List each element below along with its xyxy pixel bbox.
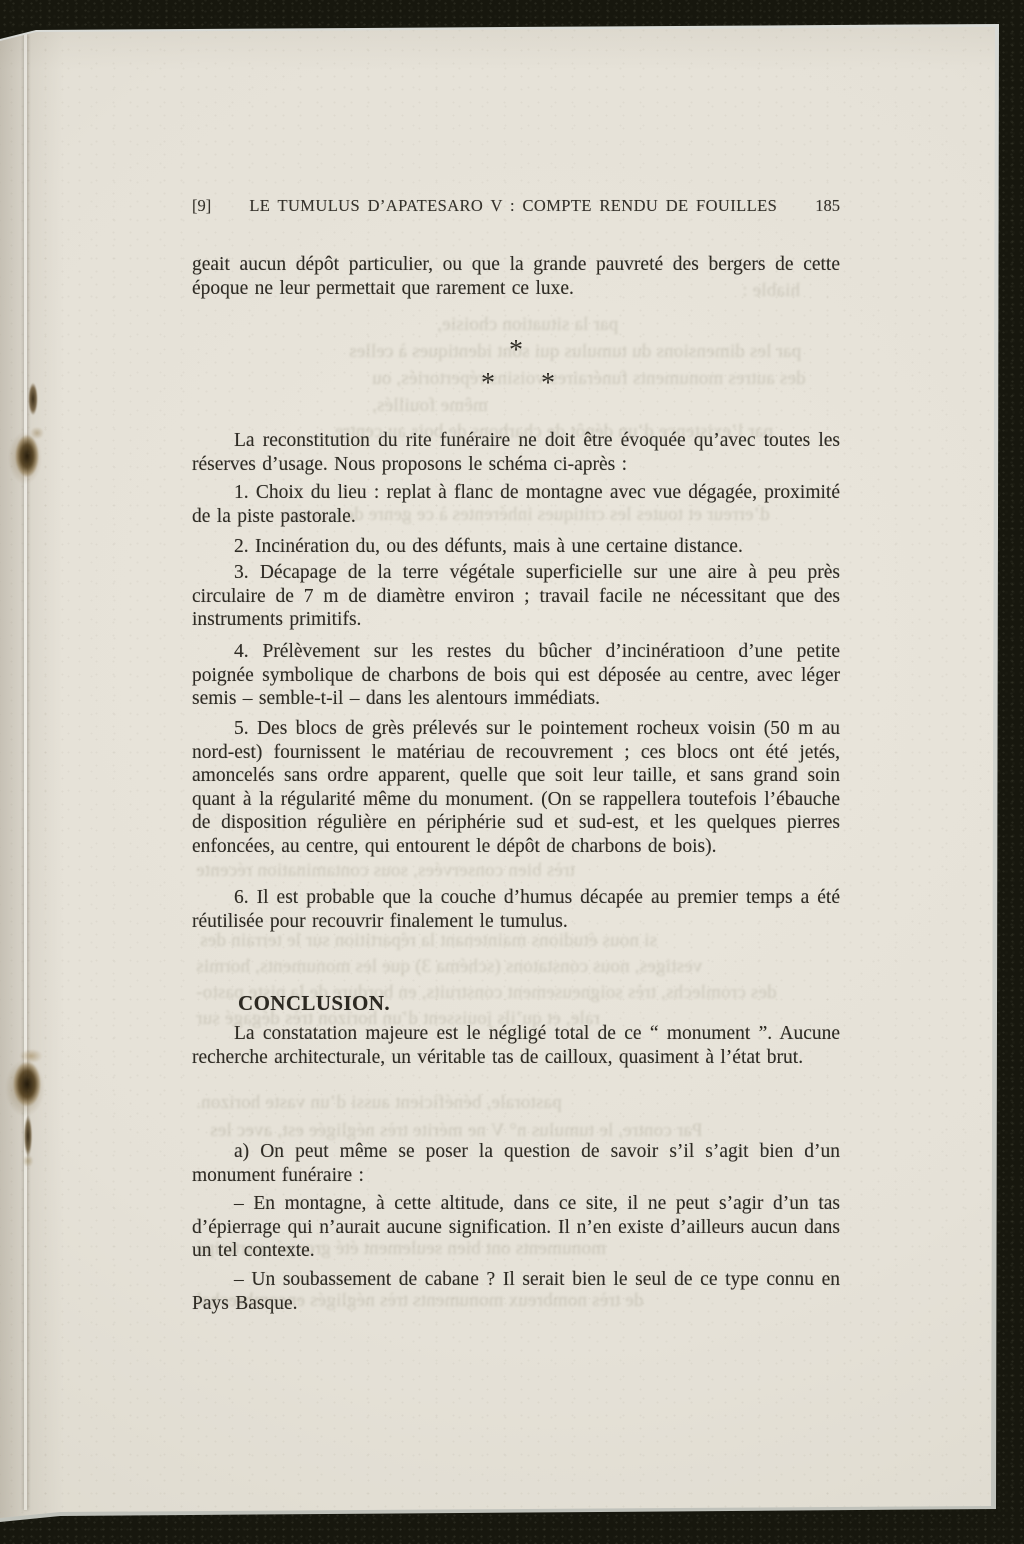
alternative-item-1: – En montagne, à cette altitude, dans ce… (192, 1192, 840, 1263)
list-item-1: 1. Choix du lieu : replat à flanc de mon… (192, 481, 840, 528)
bleedthrough-line: si nous étudions maintenant la répartiti… (200, 930, 657, 952)
lead-paragraph: La reconstitution du rite funéraire ne d… (192, 429, 840, 476)
question-paragraph: a) On peut même se poser la question de … (192, 1140, 840, 1187)
header-page-number: 185 (815, 196, 840, 216)
alternative-item-2: – Un soubassement de cabane ? Il serait … (192, 1268, 840, 1315)
conclusion-heading: CONCLUSION. (238, 991, 390, 1016)
bleedthrough-line: Par contre, le tumulus n° V ne mérite tr… (210, 1120, 703, 1142)
list-item-4: 4. Prélèvement sur les restes du bûcher … (192, 640, 840, 711)
bleedthrough-line: des autres monuments funéraires voisins … (372, 368, 806, 390)
list-item-2: 2. Incinération du, ou des défunts, mais… (192, 535, 840, 559)
bleedthrough-line: par les dimensions du tumulus qui sont i… (349, 341, 801, 363)
bleedthrough-line: même fouillés, (372, 395, 488, 417)
bleedthrough-line: très bien conservées, sous contamination… (196, 860, 575, 882)
header-section-ref: [9] (192, 196, 211, 216)
list-item-3: 3. Décapage de la terre végétale superfi… (192, 561, 840, 632)
bleedthrough-line: par la situation choisie, (437, 314, 618, 336)
binding-stain-lower (2, 1040, 52, 1176)
conclusion-paragraph: La constatation majeure est le négligé t… (192, 1022, 840, 1069)
bleedthrough-line: vestiges, nous constatons (schéma 3) que… (196, 956, 702, 978)
header-title: LE TUMULUS D’APATESARO V : COMPTE RENDU … (211, 196, 815, 216)
book-page-scan: hiable : par la situation choisie, par l… (0, 0, 1024, 1544)
page-header: [9] LE TUMULUS D’APATESARO V : COMPTE RE… (192, 196, 840, 216)
binding-stain-upper (6, 376, 52, 496)
asterisk-separator-pair: * * (481, 374, 555, 394)
intro-paragraph: geait aucun dépôt particulier, ou que la… (192, 253, 840, 300)
bleedthrough-line: pastorale, bénéficient aussi d’un vaste … (196, 1092, 562, 1114)
list-item-5: 5. Des blocs de grès prélevés sur le poi… (192, 717, 840, 858)
list-item-6: 6. Il est probable que la couche d’humus… (192, 886, 840, 933)
asterisk: * (541, 374, 555, 394)
asterisk: * (481, 374, 495, 394)
fold-crease-line (24, 34, 27, 1510)
asterisk-separator-top: * (509, 341, 523, 361)
